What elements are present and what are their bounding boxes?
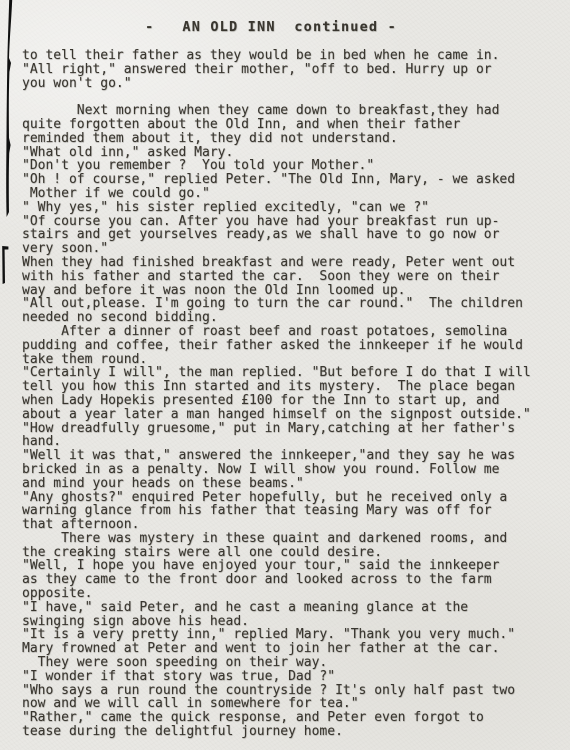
text-line: They were soon speeding on their way. [22,656,564,670]
text-line: very soon." [22,242,564,256]
text-line: "Oh ! of course," replied Peter. "The Ol… [22,173,564,187]
text-line: reminded them about it, they did not und… [22,132,564,146]
text-line: when Lady Hopekis presented £100 for the… [22,394,564,408]
body-text: to tell their father as they would be in… [22,49,564,739]
scanned-page: - AN OLD INN continued - to tell their f… [0,0,570,750]
text-line: needed no second bidding. [22,311,564,325]
text-line: "Rather," came the quick response, and P… [22,711,564,725]
text-line: and mind your heads on these beams." [22,477,564,491]
text-line: pudding and coffee, their father asked t… [22,339,564,353]
text-line: " Why yes," his sister replied excitedly… [22,201,564,215]
page-title: - AN OLD INN continued - [0,19,556,35]
text-line: "How dreadfully gruesome," put in Mary,c… [22,422,564,436]
text-line: tease during the delightful journey home… [22,725,564,739]
text-line: stairs and get yourselves ready,as we sh… [22,228,564,242]
text-line: There was mystery in these quaint and da… [22,532,564,546]
text-line: about a year later a man hanged himself … [22,408,564,422]
text-line: "I have," said Peter, and he cast a mean… [22,601,564,615]
text-line: with his father and started the car. Soo… [22,270,564,284]
text-line: Mother if we could go." [22,187,564,201]
text-line: tell you how this Inn started and its my… [22,380,564,394]
text-line: as they came to the front door and looke… [22,573,564,587]
text-line: Mary frowned at Peter and went to join h… [22,642,564,656]
text-line: bricked in as a penalty. Now I will show… [22,463,564,477]
text-line: After a dinner of roast beef and roast p… [22,325,564,339]
text-line: "Well it was that," answered the innkeep… [22,449,564,463]
page-edge-binding-mark [0,0,20,750]
text-line: to tell their father as they would be in… [22,49,564,63]
text-line: that afternoon. [22,518,564,532]
text-line: you won't go." [22,77,564,91]
text-line: opposite. [22,587,564,601]
text-line: quite forgotten about the Old Inn, and w… [22,118,564,132]
text-line: "I wonder if that story was true, Dad ?" [22,670,564,684]
text-line: "All right," answered their mother, "off… [22,63,564,77]
text-line: When they had finished breakfast and wer… [22,256,564,270]
text-line: Next morning when they came down to brea… [22,104,564,118]
